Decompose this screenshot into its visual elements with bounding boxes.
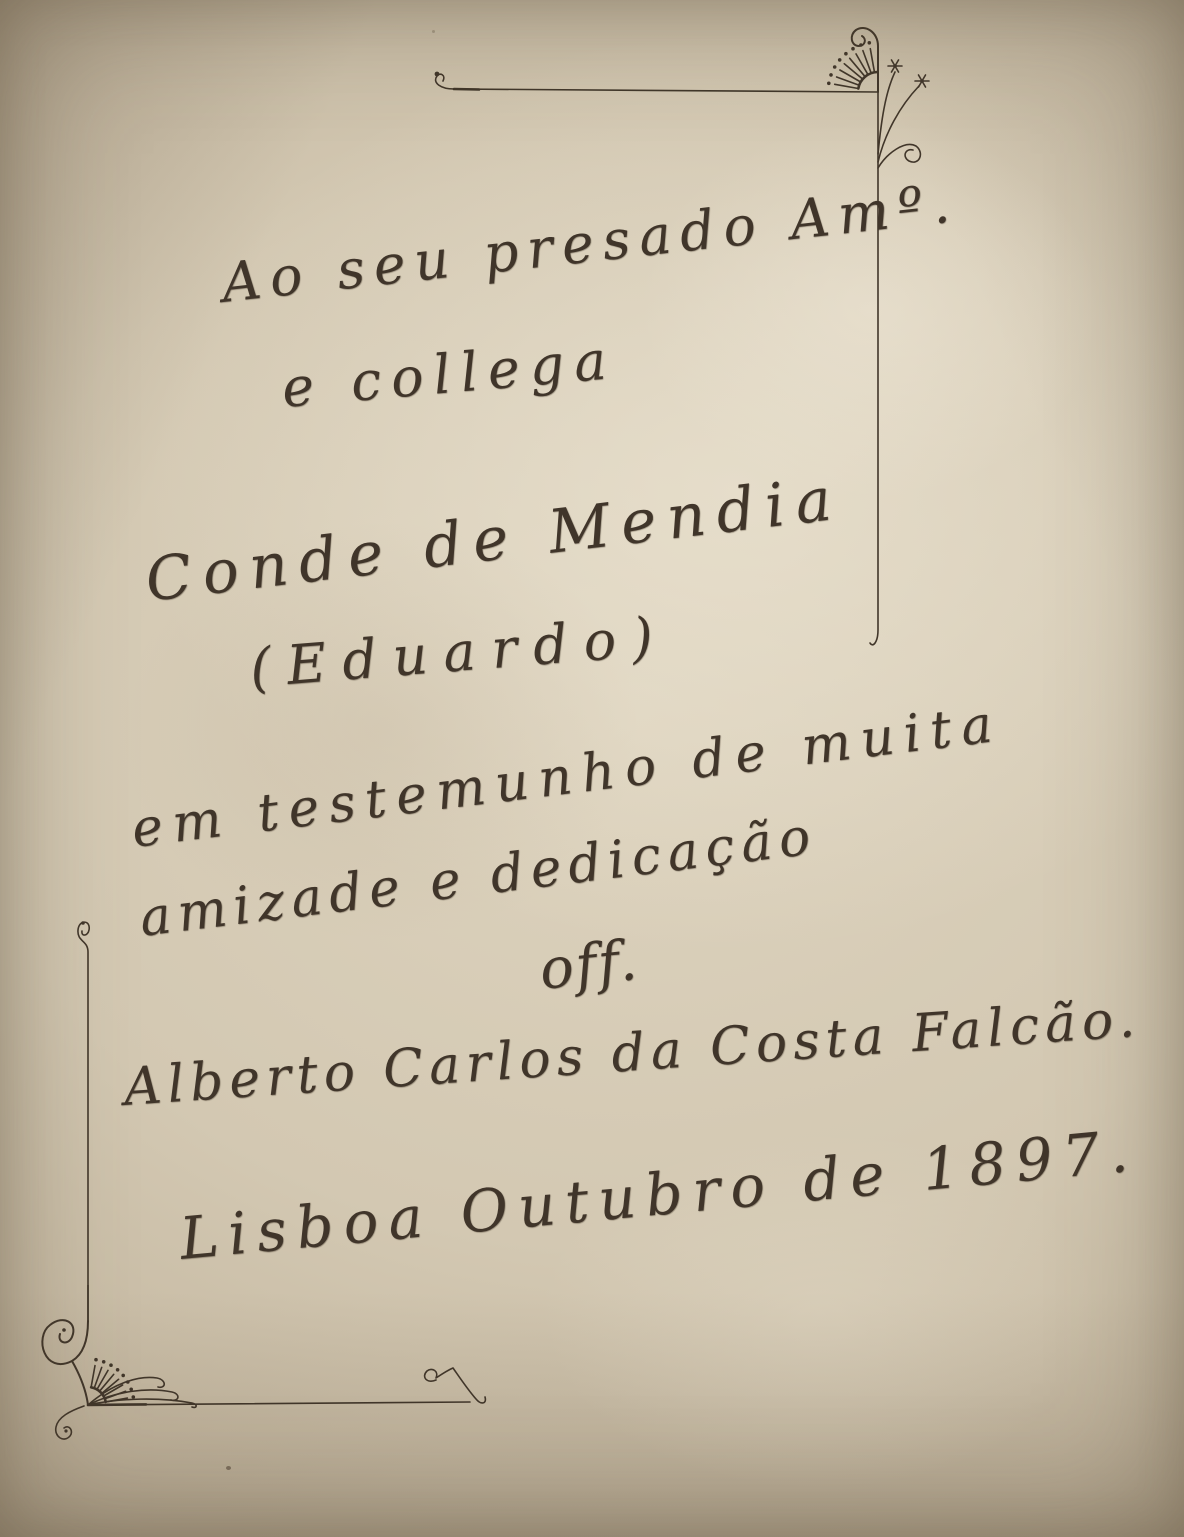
place-date-line: Lisboa Outubro de 1897. [177,1116,1141,1273]
offering-abbreviation-line: off. [537,928,642,1003]
bottom-border-rule [86,1358,518,1416]
ink-speck [432,30,435,33]
salutation-line: Ao seu presado Amº. [219,171,962,315]
paper-highlight [640,120,1100,500]
flower-asterisk-icon [888,60,929,87]
left-border-rule [68,892,112,1322]
testimony-line-1: em testemunho de muita [128,693,1005,859]
recipient-name-line: (Eduardo) [248,604,672,700]
signature-line: Alberto Carlos da Costa Falcão. [122,989,1143,1118]
recipient-title-line: Conde de Mendia [142,463,846,615]
top-border-rule [424,68,882,110]
colleague-line: e collega [279,328,618,420]
manuscript-page: Ao seu presado Amº. e collega Conde de M… [0,0,1184,1537]
ink-speck [226,1466,231,1470]
right-border-rule [869,90,891,665]
bottom-left-corner-flourish-icon [20,1285,240,1455]
